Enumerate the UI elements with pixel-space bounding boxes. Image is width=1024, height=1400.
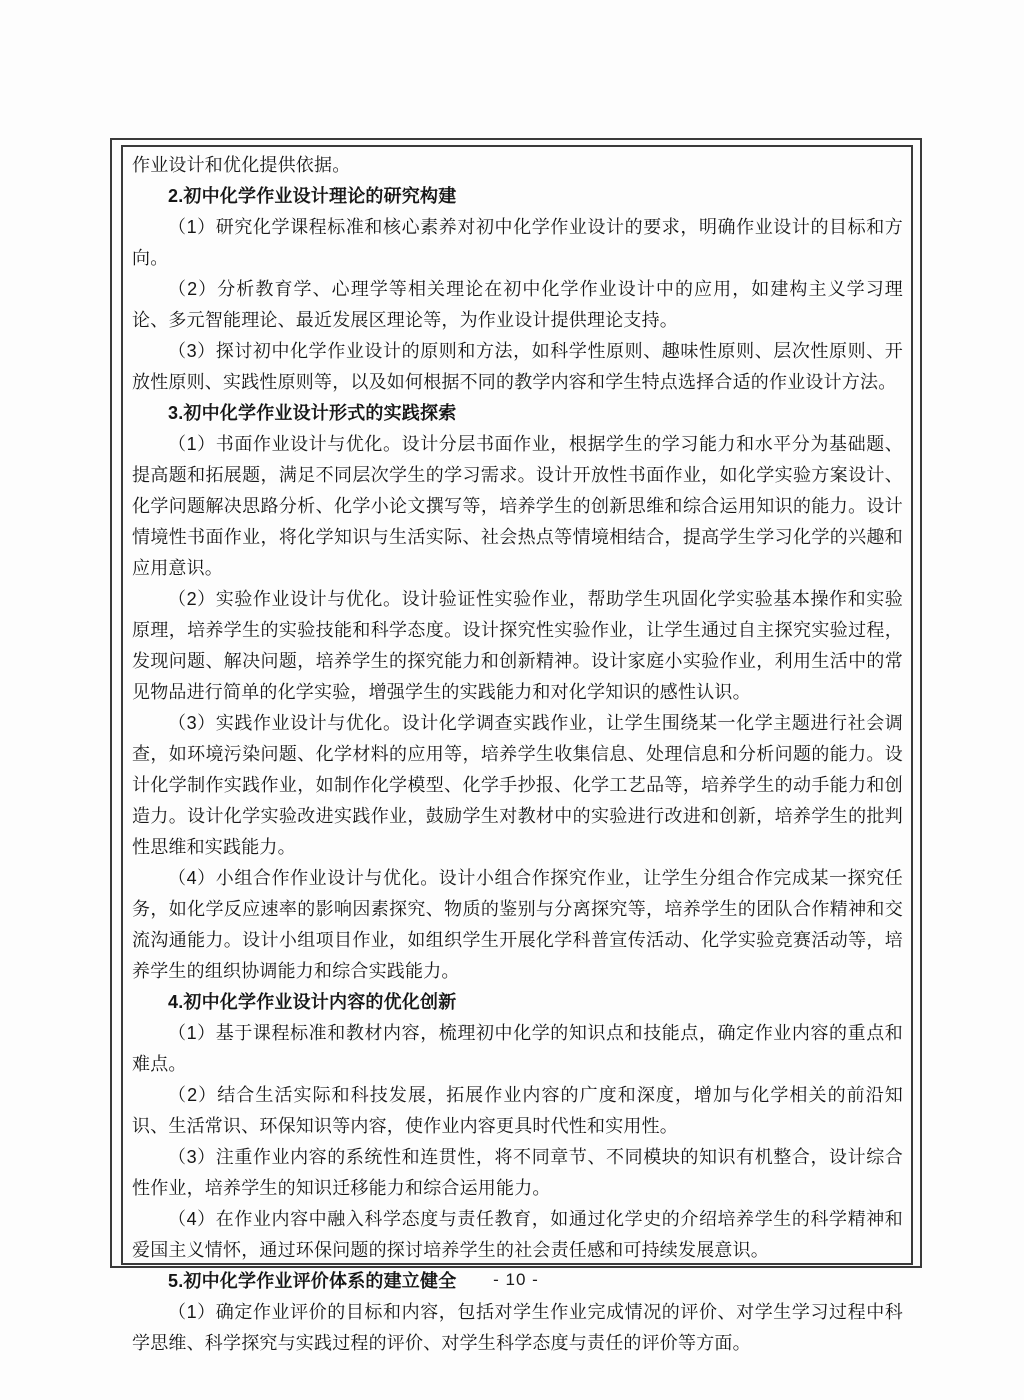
- section-heading-2: 2.初中化学作业设计理论的研究构建: [132, 181, 903, 212]
- paragraph-3-2: （2）实验作业设计与优化。设计验证性实验作业，帮助学生巩固化学实验基本操作和实验…: [132, 584, 903, 708]
- paragraph-5-1: （1）确定作业评价的目标和内容，包括对学生作业完成情况的评价、对学生学习过程中科…: [132, 1297, 903, 1359]
- paragraph-4-4: （4）在作业内容中融入科学态度与责任教育，如通过化学史的介绍培养学生的科学精神和…: [132, 1204, 903, 1266]
- paragraph-3-1: （1）书面作业设计与优化。设计分层书面作业，根据学生的学习能力和水平分为基础题、…: [132, 429, 903, 584]
- paragraph-2-2: （2）分析教育学、心理学等相关理论在初中化学作业设计中的应用，如建构主义学习理论…: [132, 274, 903, 336]
- table-cell: 作业设计和优化提供依据。 2.初中化学作业设计理论的研究构建 （1）研究化学课程…: [121, 145, 913, 1265]
- paragraph-3-3: （3）实践作业设计与优化。设计化学调查实践作业，让学生围绕某一化学主题进行社会调…: [132, 708, 903, 863]
- section-heading-3: 3.初中化学作业设计形式的实践探索: [132, 398, 903, 429]
- continuation-line: 作业设计和优化提供依据。: [132, 150, 903, 181]
- paragraph-4-2: （2）结合生活实际和科技发展，拓展作业内容的广度和深度，增加与化学相关的前沿知识…: [132, 1080, 903, 1142]
- paragraph-4-3: （3）注重作业内容的系统性和连贯性，将不同章节、不同模块的知识有机整合，设计综合…: [132, 1142, 903, 1204]
- cell-content: 作业设计和优化提供依据。 2.初中化学作业设计理论的研究构建 （1）研究化学课程…: [123, 147, 911, 1359]
- section-heading-4: 4.初中化学作业设计内容的优化创新: [132, 987, 903, 1018]
- paragraph-2-3: （3）探讨初中化学作业设计的原则和方法，如科学性原则、趣味性原则、层次性原则、开…: [132, 336, 903, 398]
- paragraph-4-1: （1）基于课程标准和教材内容，梳理初中化学的知识点和技能点，确定作业内容的重点和…: [132, 1018, 903, 1080]
- paragraph-2-1: （1）研究化学课程标准和核心素养对初中化学作业设计的要求，明确作业设计的目标和方…: [132, 212, 903, 274]
- page-number: - 10 -: [110, 1270, 922, 1290]
- paragraph-3-4: （4）小组合作作业设计与优化。设计小组合作探究作业，让学生分组合作完成某一探究任…: [132, 863, 903, 987]
- document-page: 作业设计和优化提供依据。 2.初中化学作业设计理论的研究构建 （1）研究化学课程…: [0, 0, 1024, 1400]
